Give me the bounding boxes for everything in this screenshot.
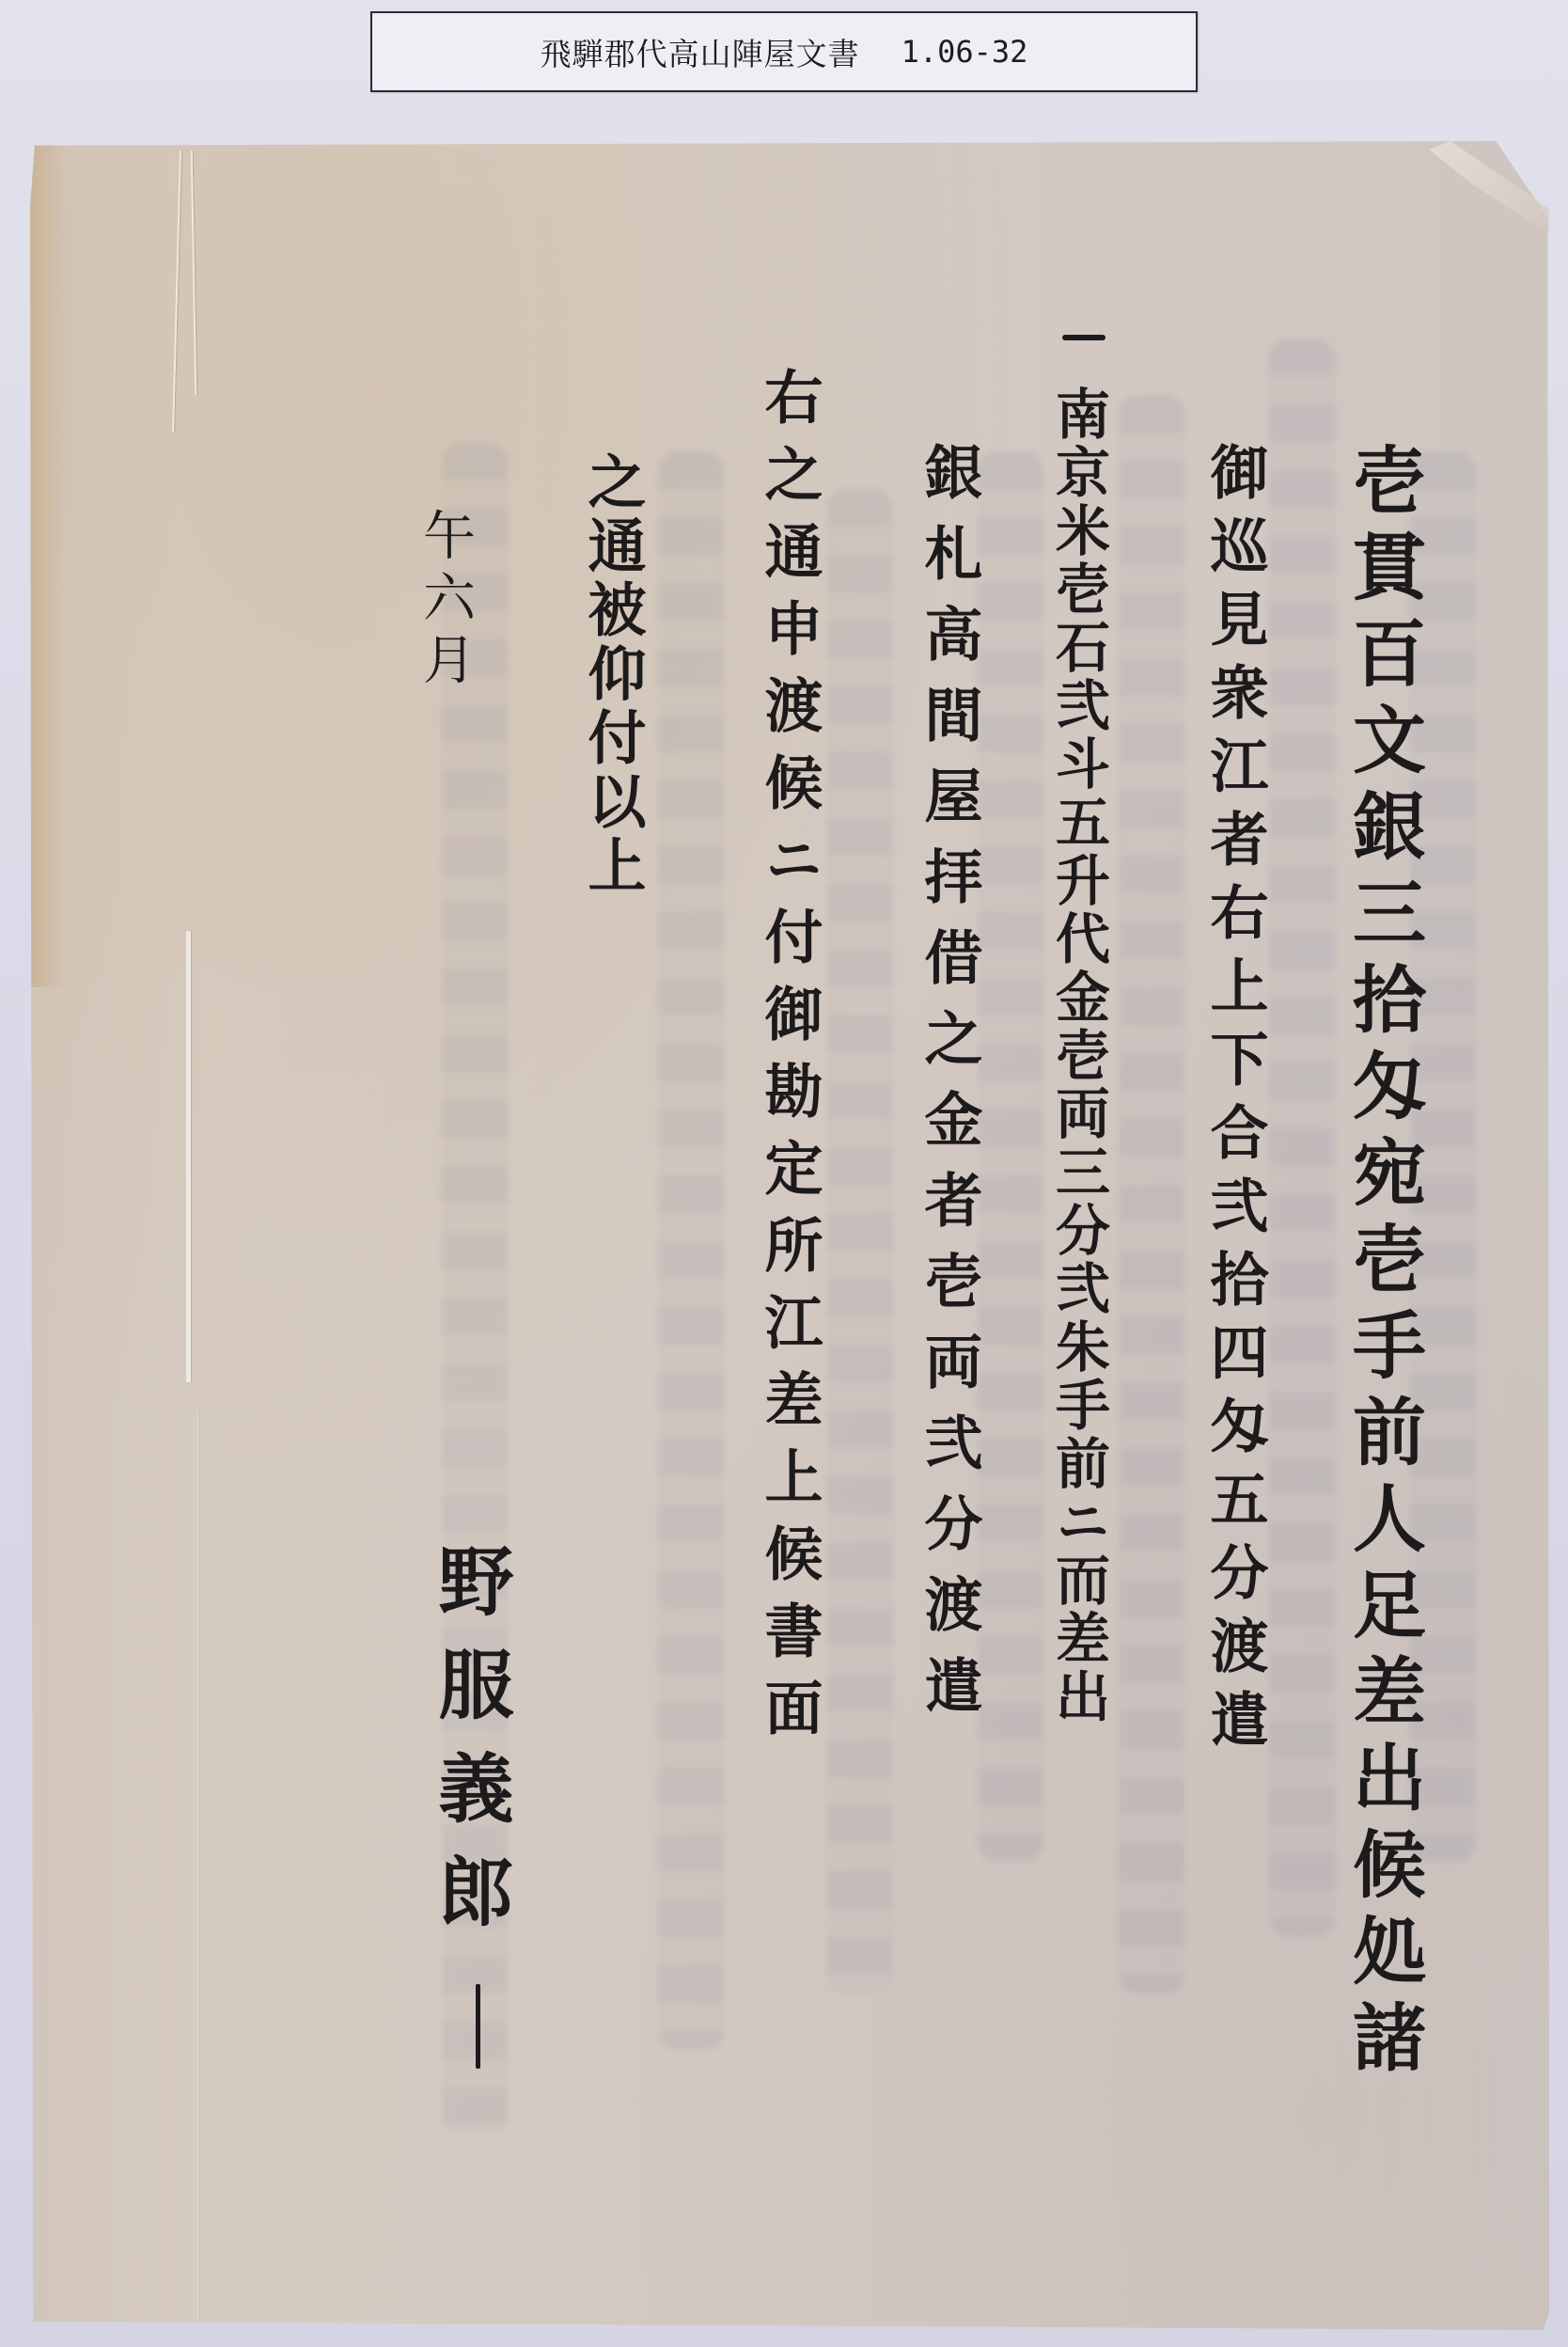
bleed-through-column [827, 489, 893, 1993]
text-column-6: 之通被仰付以上 [583, 451, 641, 899]
archive-title: 飛騨郡代高山陣屋文書 [541, 30, 860, 74]
text-column-1: 壱貫百文銀三拾匁宛壱手前人足差出候処諸 [1346, 442, 1419, 2086]
signature: 野服義郎 [432, 1542, 508, 1956]
bleed-through-column [1119, 395, 1184, 1993]
text-column-5: 右之通申渡候ニ付御勘定所江差上候書面 [760, 367, 818, 1755]
text-column-2: 御巡見衆江者右上下合弐拾四匁五分渡遣 [1205, 442, 1263, 1762]
catalog-label: 飛騨郡代高山陣屋文書 1.06-32 [370, 11, 1198, 92]
text-column-3: 南京米壱石弐斗五升代金壱両三分弐朱手前ニ而差出 [1051, 386, 1105, 1726]
edge-stain [30, 141, 68, 987]
crease-left-strip [186, 931, 191, 1382]
signature-flourish [476, 1984, 480, 2069]
bleed-through-column [658, 451, 724, 2050]
item-mark [1062, 335, 1105, 340]
text-column-4: 銀札高間屋拝借之金者壱両弐分渡遣 [919, 442, 978, 1736]
bleed-through-column [978, 451, 1043, 1862]
date: 午六月 [418, 508, 471, 694]
bleed-through-column [1269, 339, 1335, 1937]
crease-left-lower [197, 1410, 198, 2323]
document-number: 1.06-32 [902, 34, 1028, 70]
